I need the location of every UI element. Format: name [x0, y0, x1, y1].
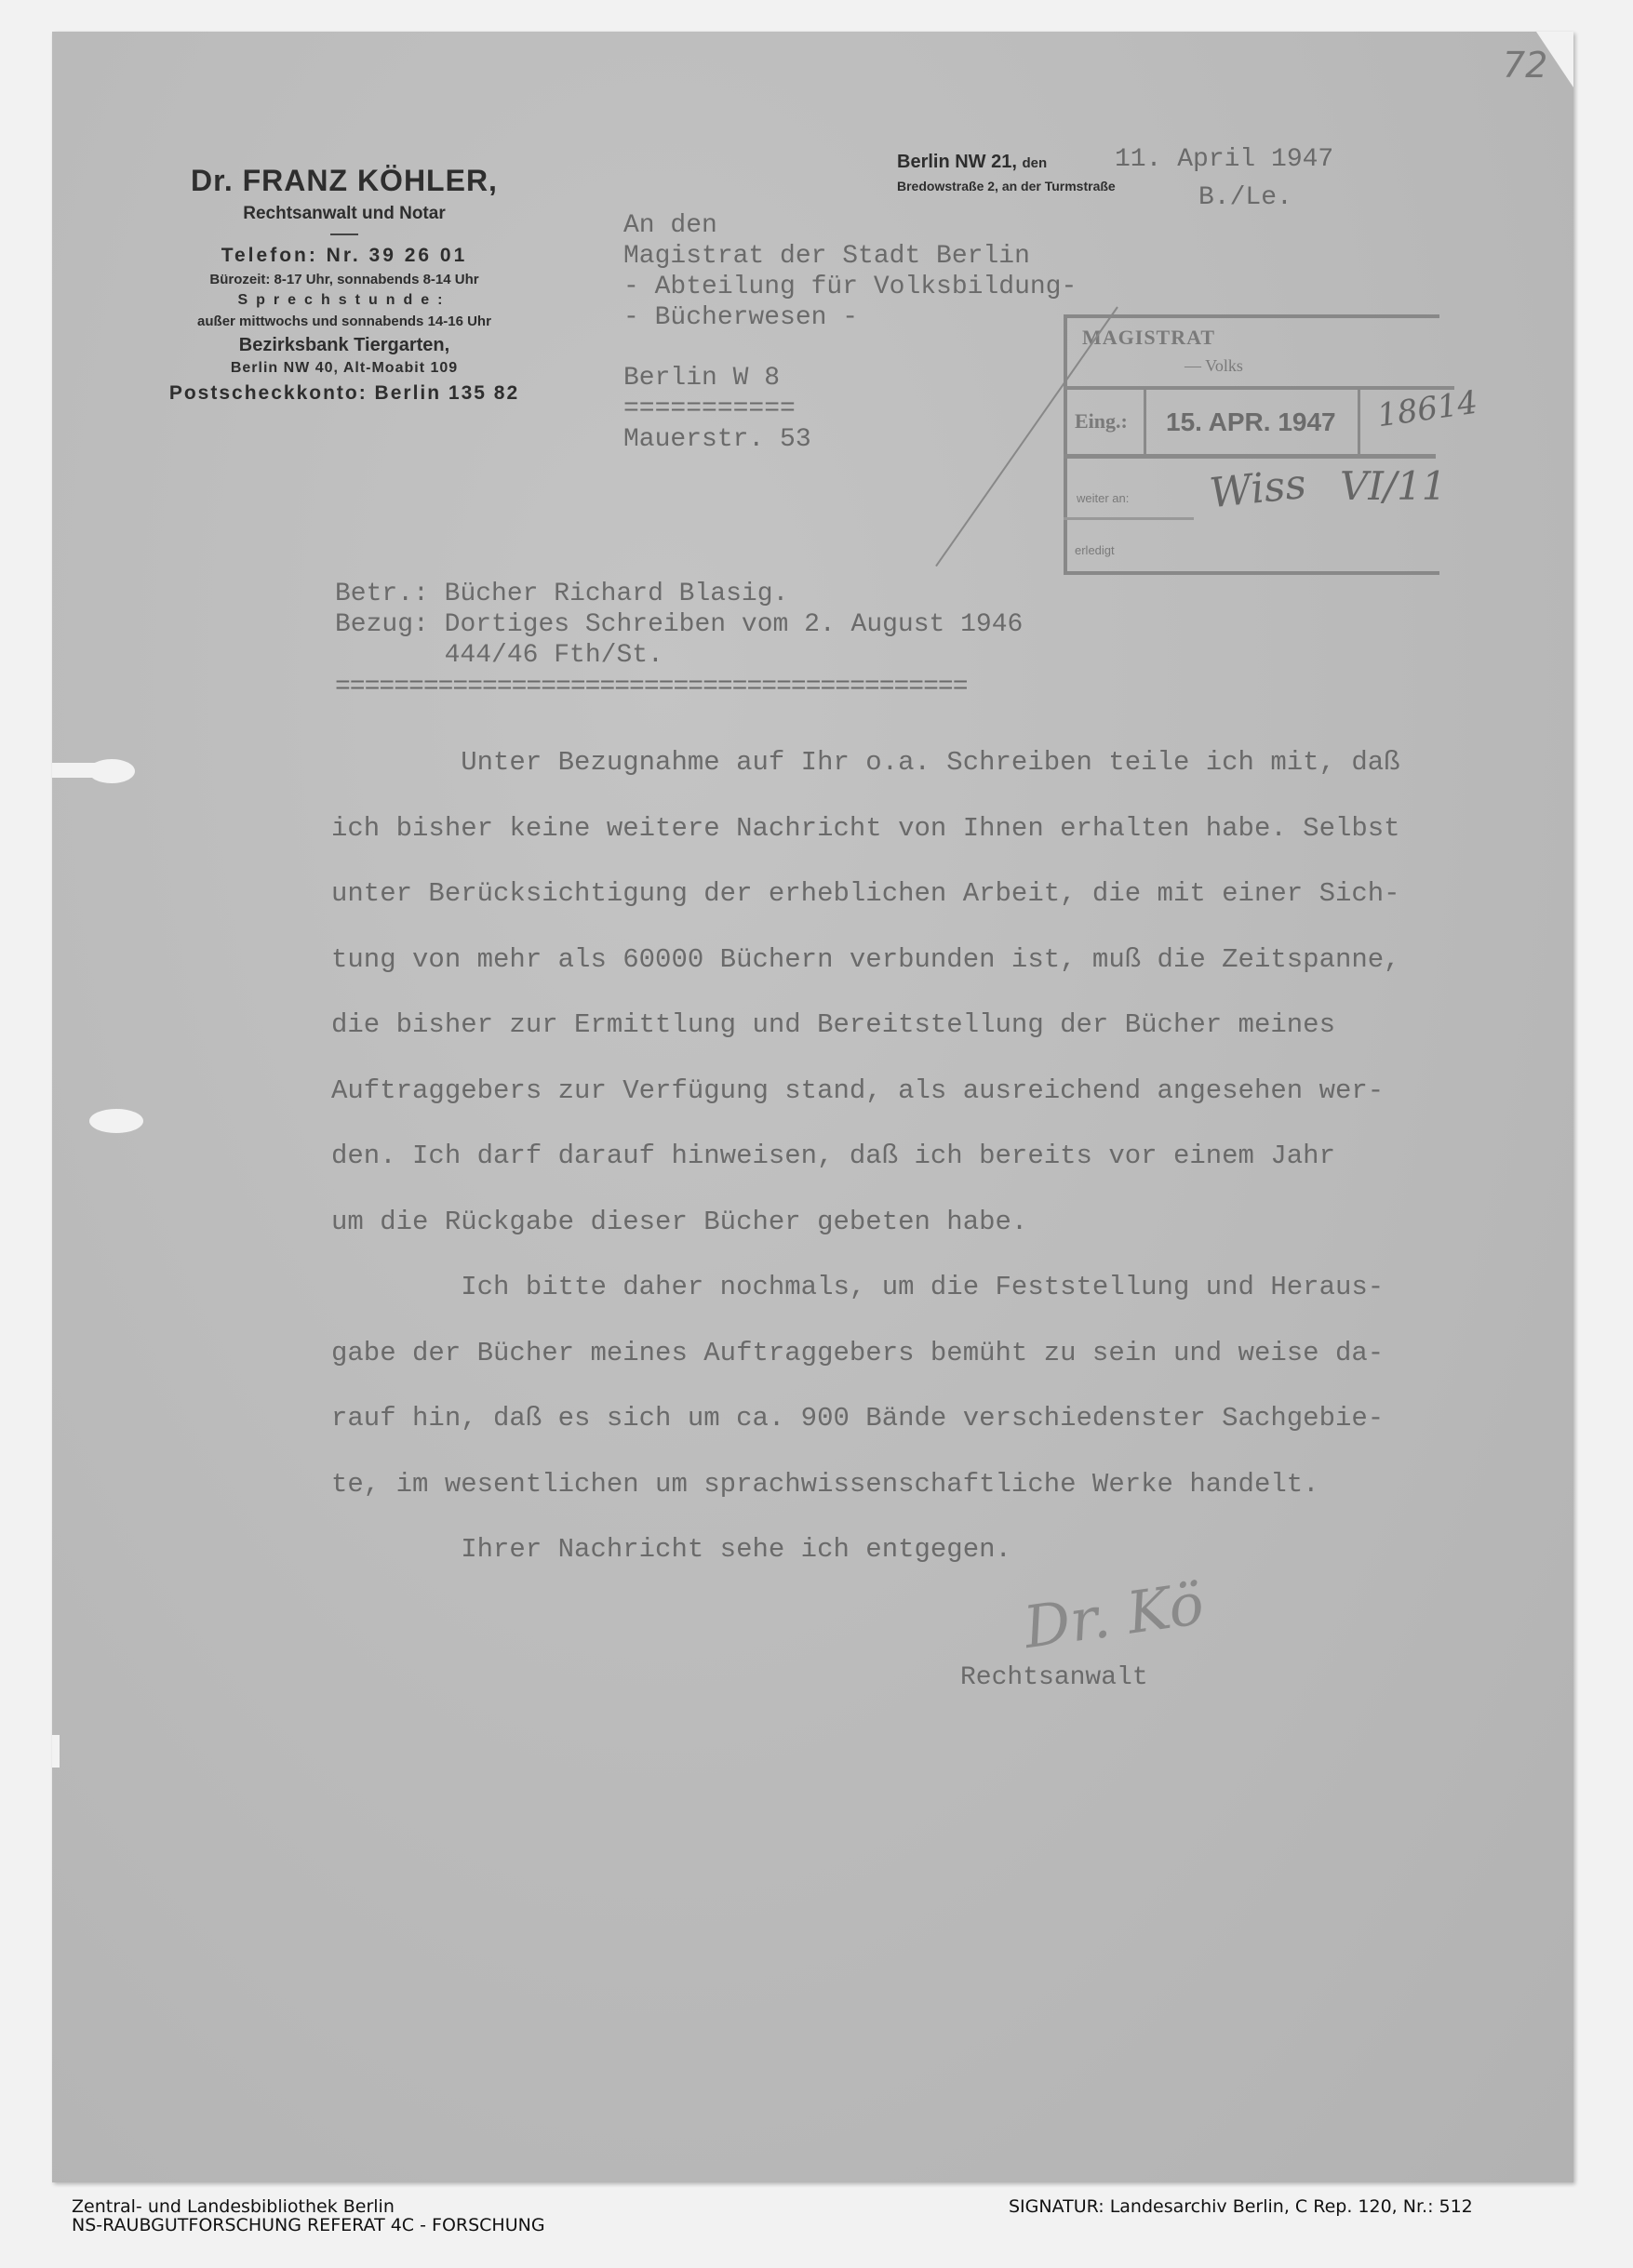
bezug-ref: 444/46 Fth/St. [445, 641, 663, 670]
stamp-received-label: Eing.: [1075, 409, 1128, 434]
bank-address: Berlin NW 40, Alt-Moabit 109 [149, 360, 540, 377]
recipient-line: - Abteilung für Volksbildung- [623, 273, 1077, 301]
subject-block: Betr.: Bücher Richard Blasig. Bezug: Dor… [335, 579, 1023, 671]
subject-rule: ========================================… [335, 673, 968, 701]
page-number: 72 [1503, 45, 1547, 86]
recipient-address: An den Magistrat der Stadt Berlin - Abte… [623, 210, 1077, 333]
letterhead: Dr. FRANZ KÖHLER, Rechtsanwalt und Notar… [149, 164, 540, 405]
body-line: Ich bitte daher nochmals, um die Festste… [331, 1255, 1569, 1321]
recipient-city-block: Berlin W 8 =========== Mauerstr. 53 [623, 363, 811, 455]
letter-body: Unter Bezugnahme auf Ihr o.a. Schreiben … [331, 730, 1569, 1583]
body-line: Ihrer Nachricht sehe ich entgegen. [331, 1517, 1569, 1583]
bezug-label: Bezug: [335, 610, 429, 639]
recipient-street: Mauerstr. 53 [623, 425, 811, 454]
bezug-text: Dortiges Schreiben vom 2. August 1946 [445, 610, 1024, 639]
sender-city: Berlin NW 21, [897, 152, 1017, 172]
department-name: NS-RAUBGUTFORSCHUNG REFERAT 4C - FORSCHU… [72, 2216, 545, 2235]
letter-date: 11. April 1947 [1115, 145, 1333, 174]
receipt-stamp: MAGISTRAT — Volks Eing.: 15. APR. 1947 w… [1064, 314, 1454, 575]
letterhead-divider [330, 233, 358, 235]
stamp-done-label: erledigt [1075, 543, 1115, 557]
recipient-underline: =========== [623, 394, 796, 423]
archive-footer-left: Zentral- und Landesbibliothek Berlin NS-… [72, 2197, 545, 2235]
forward-handwriting: Wiss [1208, 460, 1308, 518]
body-line: te, im wesentlichen um sprachwissenschaf… [331, 1452, 1569, 1518]
body-line: die bisher zur Ermittlung und Bereitstel… [331, 993, 1569, 1059]
punch-hole [88, 759, 135, 783]
consultation-hours: außer mittwochs und sonnabends 14-16 Uhr [149, 314, 540, 329]
den-label: den [1022, 155, 1047, 171]
body-line: unter Berücksichtigung der erheblichen A… [331, 861, 1569, 927]
library-name: Zentral- und Landesbibliothek Berlin [72, 2197, 545, 2216]
telephone: Telefon: Nr. 39 26 01 [149, 245, 540, 267]
sender-street: Bredowstraße 2, an der Turmstraße [897, 179, 1116, 193]
reference-initials: B./Le. [1198, 183, 1292, 212]
archive-signature: SIGNATUR: Landesarchiv Berlin, C Rep. 12… [1009, 2197, 1473, 2216]
sender-location: Berlin NW 21, den Bredowstraße 2, an der… [897, 152, 1116, 193]
betr-text: Bücher Richard Blasig. [445, 580, 789, 608]
body-line: tung von mehr als 60000 Büchern verbunde… [331, 927, 1569, 994]
postal-account: Postscheckkonto: Berlin 135 82 [149, 382, 540, 405]
body-line: den. Ich darf darauf hinweisen, daß ich … [331, 1124, 1569, 1190]
body-line: gabe der Bücher meines Auftraggebers bem… [331, 1321, 1569, 1387]
stamp-border [1064, 314, 1439, 575]
signature-role: Rechtsanwalt [960, 1663, 1148, 1692]
body-line: um die Rückgabe dieser Bücher gebeten ha… [331, 1190, 1569, 1256]
recipient-line: - Bücherwesen - [623, 303, 858, 332]
stamp-forward-label: weiter an: [1077, 491, 1129, 505]
body-line: ich bisher keine weitere Nachricht von I… [331, 796, 1569, 862]
bank-name: Bezirksbank Tiergarten, [149, 335, 540, 356]
body-line: Auftraggebers zur Verfügung stand, als a… [331, 1059, 1569, 1125]
section-handwriting: VI/11 [1340, 463, 1447, 509]
punch-hole [89, 1109, 143, 1133]
recipient-city: Berlin W 8 [623, 364, 780, 393]
recipient-line: Magistrat der Stadt Berlin [623, 242, 1030, 271]
office-hours: Bürozeit: 8-17 Uhr, sonnabends 8-14 Uhr [149, 272, 540, 287]
recipient-line: An den [623, 211, 717, 240]
body-line: Unter Bezugnahme auf Ihr o.a. Schreiben … [331, 730, 1569, 796]
stamp-dept: — Volks [1185, 356, 1243, 376]
sender-title: Rechtsanwalt und Notar [149, 204, 540, 224]
betr-label: Betr.: [335, 580, 429, 608]
body-line: rauf hin, daß es sich um ca. 900 Bände v… [331, 1386, 1569, 1452]
consultation-label: Sprechstunde: [149, 292, 540, 309]
edge-tear [52, 1735, 60, 1768]
stamp-received-date: 15. APR. 1947 [1166, 407, 1336, 437]
sender-name: Dr. FRANZ KÖHLER, [149, 164, 540, 198]
